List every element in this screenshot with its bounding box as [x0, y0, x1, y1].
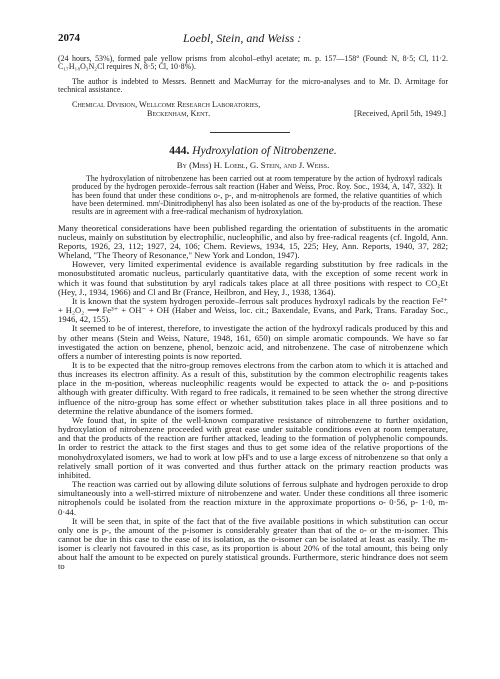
affiliation-line-1: Chemical Division, Wellcome Research Lab… [72, 100, 260, 109]
article-title-text: Hydroxylation of Nitrobenzene. [192, 145, 336, 157]
paragraph: We found that, in spite of the well-know… [58, 416, 448, 480]
abstract: The hydroxylation of nitrobenzene has be… [72, 175, 442, 216]
paragraph: It is known that the system hydrogen per… [58, 297, 448, 324]
affiliation-block: Chemical Division, Wellcome Research Lab… [58, 100, 448, 120]
article-body: Many theoretical considerations have bee… [58, 224, 448, 572]
byline: By (Miss) H. Loebl, G. Stein, and J. Wei… [58, 160, 448, 170]
paragraph: Many theoretical considerations have bee… [58, 224, 448, 261]
received-date: [Received, April 5th, 1949.] [354, 109, 446, 118]
paragraph: It is to be expected that the nitro-grou… [58, 361, 448, 416]
previous-article-continuation: (24 hours, 53%), formed pale yellow pris… [58, 55, 448, 72]
paragraph: It will be seen that, in spite of the fa… [58, 517, 448, 572]
running-header: 2074 Loebl, Stein, and Weiss : [58, 30, 448, 46]
paragraph: It seemed to be of interest, therefore, … [58, 324, 448, 361]
article-title: 444. Hydroxylation of Nitrobenzene. [58, 145, 448, 157]
affiliation-line-2: Beckenham, Kent. [147, 109, 210, 118]
paragraph: However, very limited experimental evide… [58, 260, 448, 297]
article-separator [210, 132, 290, 133]
page-number: 2074 [58, 32, 80, 44]
journal-page: 2074 Loebl, Stein, and Weiss : (24 hours… [58, 30, 448, 572]
article-number: 444. [169, 145, 189, 157]
paragraph: The reaction was carried out by allowing… [58, 480, 448, 517]
abstract-text: The hydroxylation of nitrobenzene has be… [72, 175, 442, 216]
acknowledgement: The author is indebted to Messrs. Bennet… [58, 78, 448, 95]
running-title: Loebl, Stein, and Weiss : [183, 31, 301, 46]
